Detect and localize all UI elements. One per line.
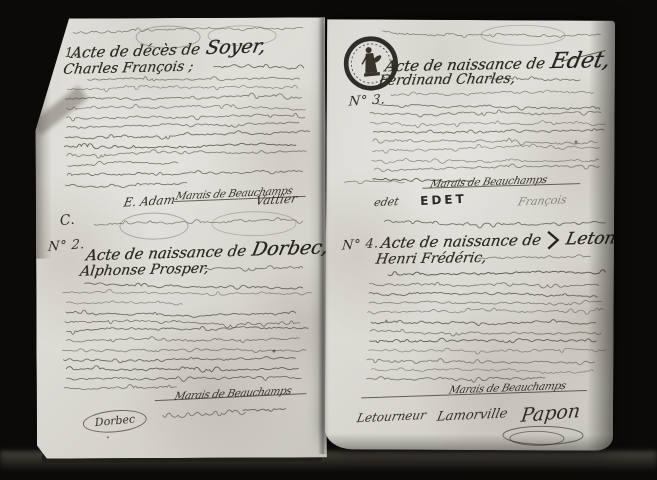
act-title-line2: Alphonse Prosper, [79,261,210,280]
handwritten-note [344,177,400,193]
act-4: N° 4. Acte de naissance de Letonneur, He… [327,19,615,21]
insertion-mark [547,230,560,249]
act-title-surname: Dorbec, [250,236,327,260]
right-page: N° 3. Acte de naissance de Edet, Ferdina… [325,19,615,451]
ink-speck [107,436,109,438]
act-title: Acte de naissance de Letonneur, [381,228,615,253]
page-seam [318,18,329,454]
margin-mark: C. [59,212,75,230]
act-2: C. N° 2. Acte de naissance de Dorbec, Al… [35,17,325,18]
page-edge-rough [35,19,52,259]
left-page: N° 1. Acte de décès de Soyer, Charles Fr… [35,17,327,458]
act-1: N° 1. Acte de décès de Soyer, Charles Fr… [35,17,325,18]
act-title-prefix: Acte de naissance de [380,231,543,252]
page-edge-shadow [325,433,613,451]
signature: François [517,193,568,208]
act-number: N° 2. [48,237,86,255]
act-title-surname: Soyer, [204,35,268,59]
handwritten-continuation [489,74,581,90]
handwritten-paragraph [61,73,310,196]
signature-flourish [243,406,291,422]
ink-speck [386,320,388,322]
handwritten-continuation [478,253,596,270]
act-number: N° 4. [341,236,379,253]
ink-speck [574,141,577,144]
signature: Vattier [255,191,299,208]
page-edge-shadow [587,21,615,451]
ink-speck [272,350,275,353]
signature: edet [373,195,400,209]
handwritten-paragraph [365,269,608,390]
paraph-flourish [475,22,575,49]
handwritten-paragraph [60,277,313,398]
register-scan: N° 1. Acte de décès de Soyer, Charles Fr… [0,0,657,480]
act-title-line2: Henri Frédéric, [375,250,488,268]
signature-oval: Dorbec [82,407,148,435]
act-3: N° 3. Acte de naissance de Edet, Ferdina… [327,19,615,21]
signature: Letourneur [356,408,428,425]
signature-capitals: EDET [420,192,467,208]
signature-flourish [163,410,249,426]
